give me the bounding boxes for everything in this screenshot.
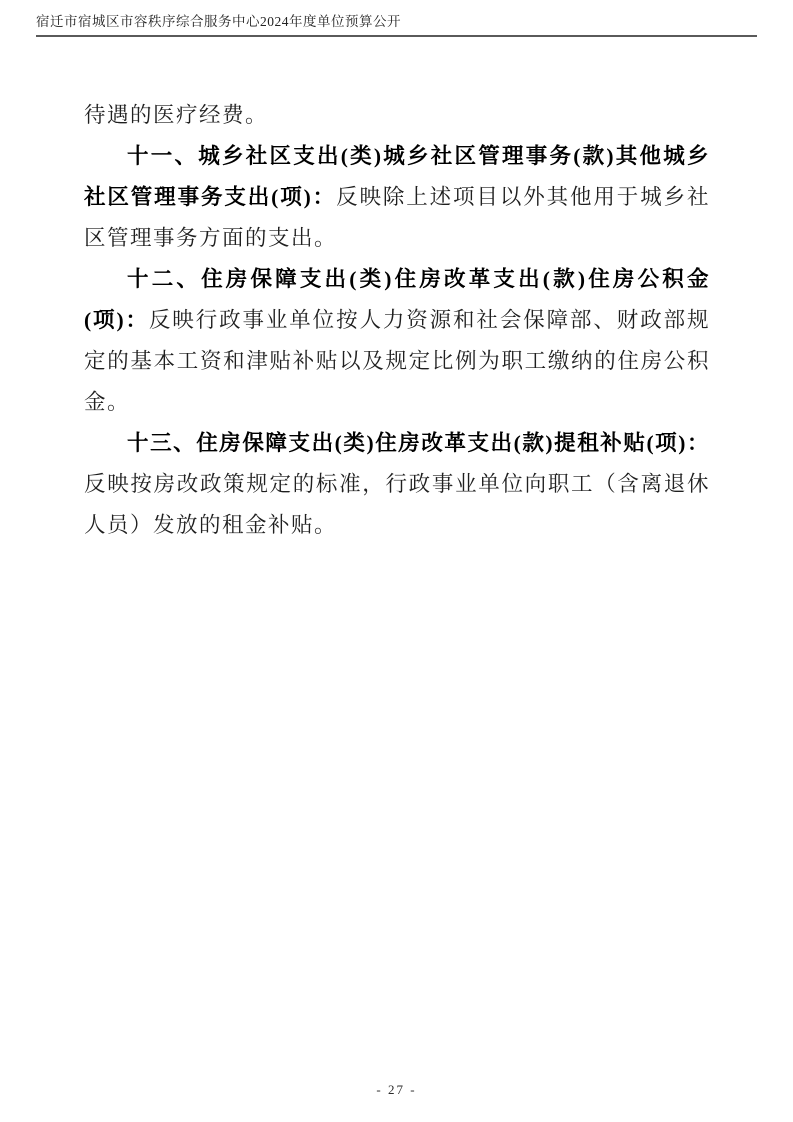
paragraph: 十三、住房保障支出(类)住房改革支出(款)提租补贴(项)：反映按房改政策规定的标… [84, 423, 710, 546]
document-body: 待遇的医疗经费。 十一、城乡社区支出(类)城乡社区管理事务(款)其他城乡社区管理… [84, 95, 710, 546]
paragraph-text: 反映按房改政策规定的标准，行政事业单位向职工（含离退休人员）发放的租金补贴。 [84, 472, 710, 537]
paragraph: 十一、城乡社区支出(类)城乡社区管理事务(款)其他城乡社区管理事务支出(项)：反… [84, 136, 710, 259]
page-header: 宿迁市宿城区市容秩序综合服务中心2024年度单位预算公开 [36, 10, 757, 37]
header-title: 宿迁市宿城区市容秩序综合服务中心2024年度单位预算公开 [36, 14, 401, 29]
paragraph: 十二、住房保障支出(类)住房改革支出(款)住房公积金(项)：反映行政事业单位按人… [84, 259, 710, 423]
paragraph-lead: 十三、住房保障支出(类)住房改革支出(款)提租补贴(项)： [127, 431, 710, 455]
paragraph-text: 反映行政事业单位按人力资源和社会保障部、财政部规定的基本工资和津贴补贴以及规定比… [84, 308, 710, 414]
paragraph-text: 待遇的医疗经费。 [84, 103, 268, 127]
page-footer: - 27 - [0, 1082, 793, 1098]
paragraph: 待遇的医疗经费。 [84, 95, 710, 136]
page-number: - 27 - [376, 1082, 416, 1097]
document-page: 宿迁市宿城区市容秩序综合服务中心2024年度单位预算公开 待遇的医疗经费。 十一… [0, 0, 793, 1122]
